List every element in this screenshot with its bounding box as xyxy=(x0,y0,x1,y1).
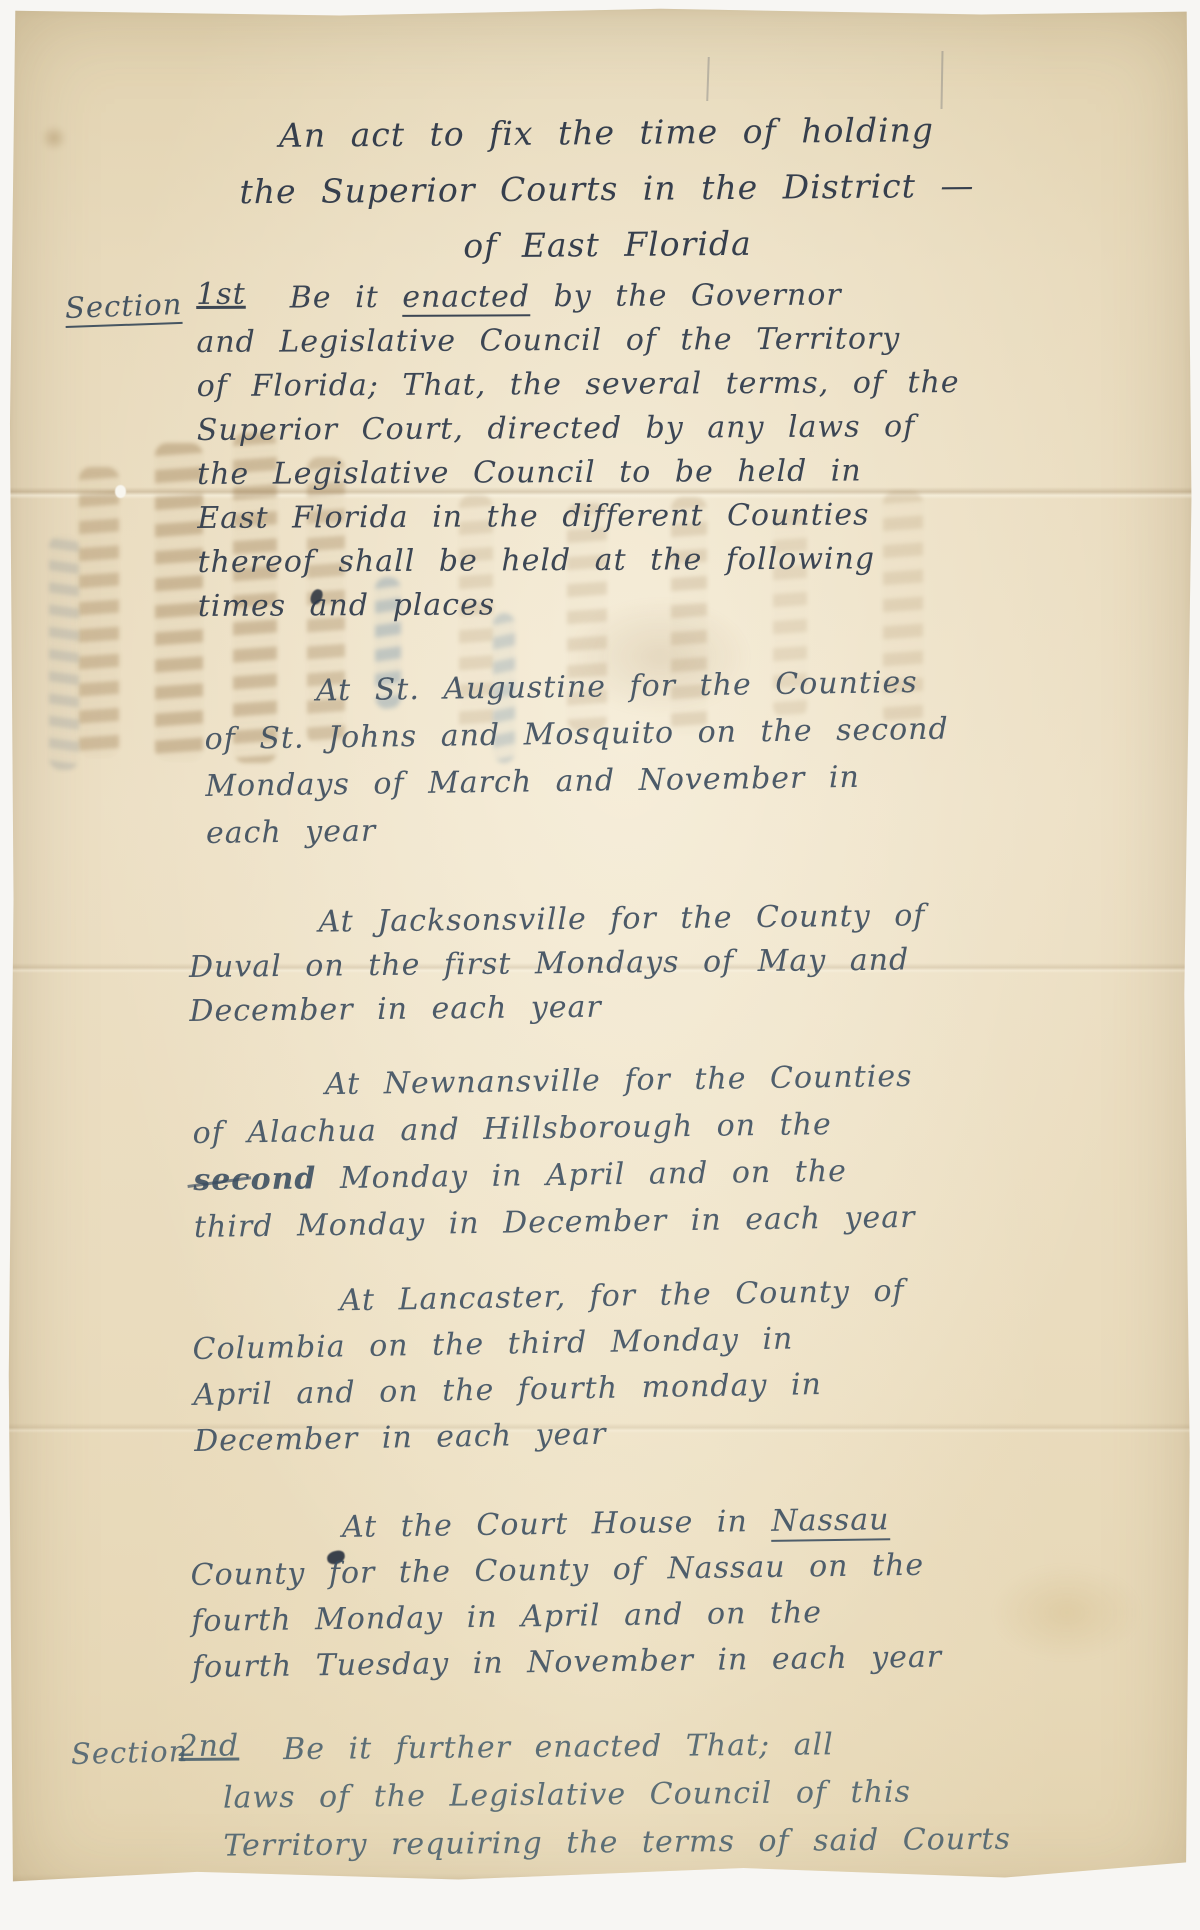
section-2-line: laws of the Legislative Council of this xyxy=(179,1768,1011,1823)
paragraph-newnansville: At Newnansville for the Counties of Alac… xyxy=(192,1053,916,1251)
scanned-manuscript: An act to fix the time of holding the Su… xyxy=(0,0,1200,1930)
paper-stain xyxy=(992,1565,1142,1660)
pencil-tick-mark xyxy=(940,51,943,109)
ghost-writing-mark xyxy=(49,535,79,770)
section-1-line: and Legislative Council of the Territory xyxy=(196,317,959,365)
paragraph-nassau: At the Court House in Nassau County for … xyxy=(190,1497,943,1691)
newnansville-line: third Monday in December in each year xyxy=(194,1194,916,1251)
bleed-through-stain xyxy=(79,467,119,757)
pencil-tick-mark xyxy=(706,57,710,101)
paragraph-section-1: 1stBe it enacted by the Governor and Leg… xyxy=(196,273,961,629)
paragraph-section-2: 2ndBe it further enacted That; all laws … xyxy=(178,1720,1011,1871)
bleed-through-stain xyxy=(155,443,203,761)
section-2-marker-label: Section xyxy=(71,1734,189,1771)
section-1-text: Be it xyxy=(290,280,403,316)
paragraph-st-augustine: At St. Augustine for the Counties of St.… xyxy=(204,659,951,857)
underlined-word: enacted xyxy=(402,279,530,317)
paper-nick xyxy=(115,485,126,498)
paragraph-jacksonville: At Jacksonsville for the County of Duval… xyxy=(188,894,926,1034)
section-1-line: Superior Court, directed by any laws of xyxy=(197,405,960,453)
corrected-word: second xyxy=(193,1161,317,1198)
st-augustine-line: each year xyxy=(206,800,951,857)
jacksonville-line: December in each year xyxy=(189,982,926,1034)
section-2-line: 2ndBe it further enacted That; all xyxy=(178,1720,1010,1775)
section-1-line: times and places xyxy=(198,581,961,629)
section-1-marker: Section xyxy=(64,287,182,325)
paper-edge-shadow xyxy=(7,1874,1195,1890)
newnansville-text: Monday in April and on the xyxy=(316,1154,847,1196)
underlined-word: Nassau xyxy=(771,1502,890,1542)
section-2-number: 2nd xyxy=(178,1722,239,1771)
jacksonville-line: Duval on the first Mondays of May and xyxy=(189,938,926,990)
section-1-marker-label: Section xyxy=(64,287,183,328)
paragraph-lancaster: At Lancaster, for the County of Columbia… xyxy=(191,1269,907,1465)
section-1-text: by the Governor xyxy=(530,278,842,315)
section-1-line: 1stBe it enacted by the Governor xyxy=(196,273,959,321)
title-line: the Superior Courts in the District — xyxy=(157,157,1057,221)
jacksonville-line: At Jacksonsville for the County of xyxy=(188,894,925,946)
document-title: An act to fix the time of holding the Su… xyxy=(156,101,1057,277)
section-2-line: Territory requiring the terms of said Co… xyxy=(179,1816,1011,1871)
section-1-line: thereof shall be held at the following xyxy=(197,537,960,585)
nassau-line: fourth Tuesday in November in each year xyxy=(192,1635,943,1691)
manuscript-page: An act to fix the time of holding the Su… xyxy=(7,5,1195,1908)
section-2-marker: Section xyxy=(71,1734,189,1771)
section-1-line: of Florida; That, the several terms, of … xyxy=(197,361,960,409)
paper-stain xyxy=(41,125,67,151)
nassau-text: At the Court House in xyxy=(342,1504,772,1545)
section-1-number: 1st xyxy=(196,273,246,317)
section-2-text: Be it further enacted That; all xyxy=(283,1727,834,1767)
section-1-line: East Florida in the different Counties xyxy=(197,493,960,541)
title-line: An act to fix the time of holding xyxy=(156,101,1056,165)
section-1-line: the Legislative Council to be held in xyxy=(197,449,960,497)
title-line: of East Florida xyxy=(157,213,1057,277)
